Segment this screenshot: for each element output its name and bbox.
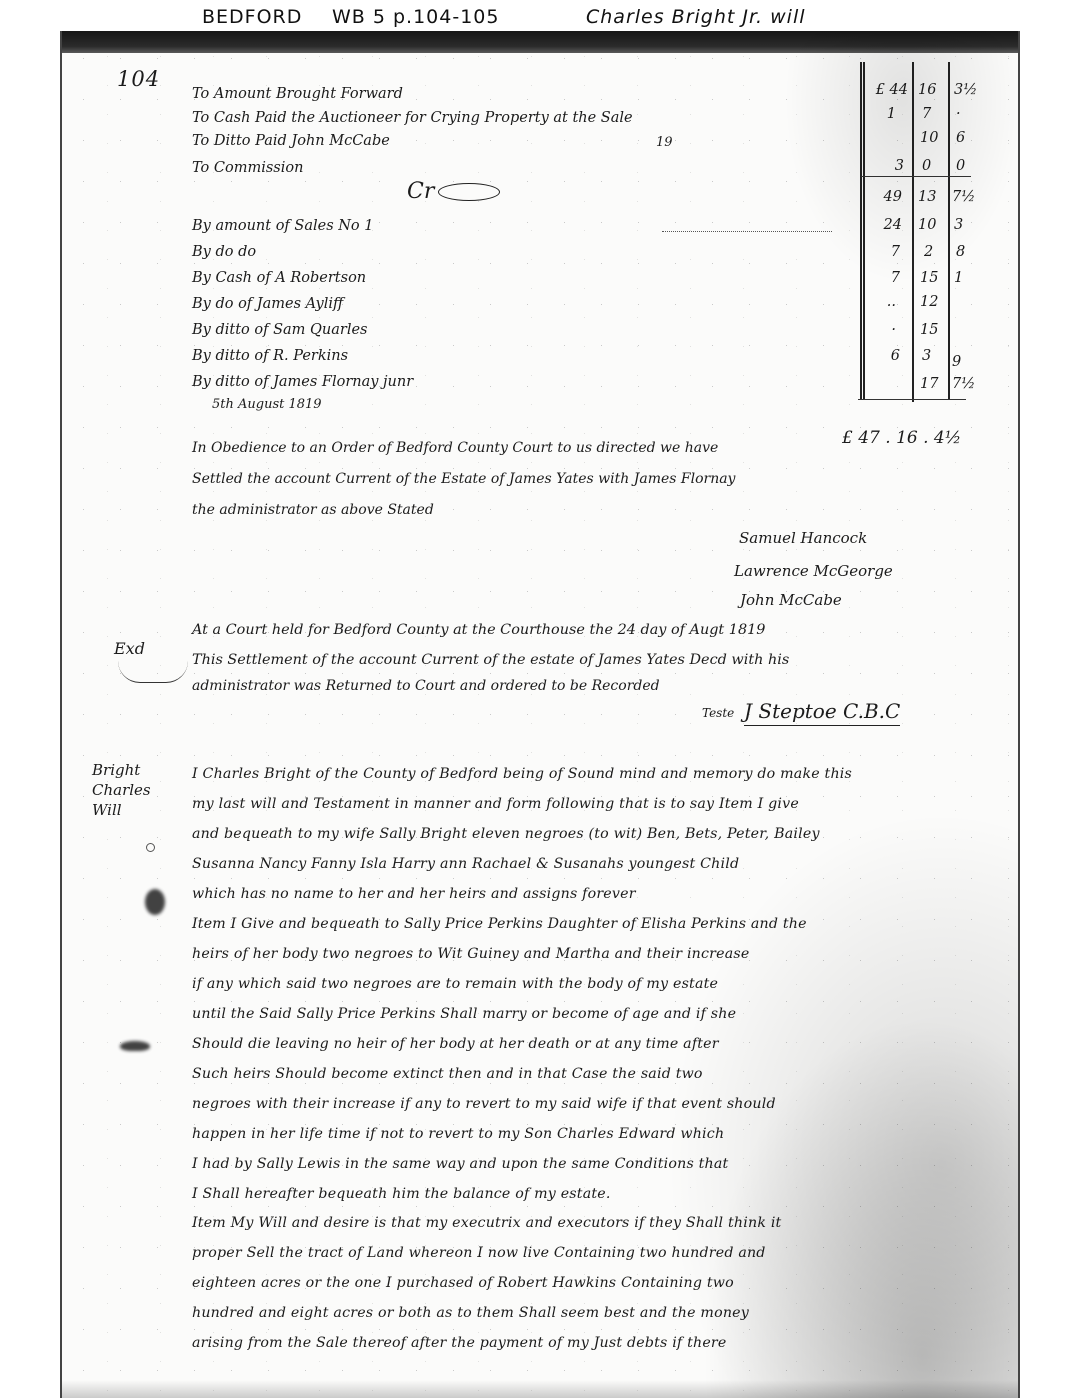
will-line: until the Said Sally Price Perkins Shall… <box>192 1007 736 1021</box>
commissioner-signature: John McCabe <box>740 593 842 608</box>
credit-line: By Cash of A Robertson <box>192 271 366 286</box>
court-record-line: At a Court held for Bedford County at th… <box>192 623 765 637</box>
amount-pence: 7½ <box>952 189 975 205</box>
amount-shillings: 2 <box>924 244 933 260</box>
examined-margin-mark: Exd <box>114 641 145 657</box>
will-line: if any which said two negroes are to rem… <box>192 977 718 991</box>
subtotal-rule <box>861 176 971 177</box>
scan-bottom-edge <box>62 1380 1018 1398</box>
amount-pounds: £ 44 <box>842 82 908 98</box>
amount-shillings: 0 <box>922 158 931 174</box>
debit-line: To Amount Brought Forward <box>192 87 403 102</box>
will-line: Item I Give and bequeath to Sally Price … <box>192 917 807 931</box>
amount-shillings: 7 <box>922 106 931 122</box>
page-number: 104 <box>117 69 160 90</box>
credit-line: By ditto of Sam Quarles <box>192 323 367 338</box>
total-rule <box>858 399 966 400</box>
will-margin-note: Bright <box>92 763 140 778</box>
will-line: my last will and Testament in manner and… <box>192 797 799 811</box>
archive-header-label: BEDFORD WB 5 p.104-105 Charles Bright Jr… <box>0 4 1080 32</box>
amount-pounds: 49 <box>856 189 902 205</box>
will-margin-note: Charles <box>92 783 151 798</box>
amount-pence: 9 <box>952 354 961 370</box>
debit-inline-note: 19 <box>656 136 673 149</box>
amount-pounds: 3 <box>856 158 904 174</box>
ledger-amount-columns: £ 44 16 3½ 1 7 · 10 6 3 0 0 49 13 7½ 24 … <box>856 62 966 428</box>
amount-shillings: 13 <box>918 189 936 205</box>
amount-pence: 0 <box>956 158 965 174</box>
will-margin-note: Will <box>92 803 122 818</box>
column-rule <box>912 62 914 402</box>
amount-pounds: 6 <box>856 348 900 364</box>
ink-blot <box>120 1041 150 1051</box>
amount-pounds: 24 <box>856 217 902 233</box>
commissioner-signature: Lawrence McGeorge <box>734 564 893 579</box>
amount-pounds: 1 <box>856 106 896 122</box>
amount-pence: 8 <box>956 244 965 260</box>
amount-shillings: 3 <box>922 348 931 364</box>
header-county: BEDFORD <box>202 6 302 28</box>
amount-shillings: 12 <box>920 294 938 310</box>
will-line: negroes with their increase if any to re… <box>192 1097 776 1111</box>
will-line: Item My Will and desire is that my execu… <box>192 1216 781 1230</box>
will-line: I had by Sally Lewis in the same way and… <box>192 1157 728 1171</box>
will-line: hundred and eight acres or both as to th… <box>192 1306 749 1320</box>
credit-line: By amount of Sales No 1 <box>192 219 374 234</box>
will-line: Such heirs Should become extinct then an… <box>192 1067 703 1081</box>
debit-line: To Commission <box>192 161 303 176</box>
settlement-line: In Obedience to an Order of Bedford Coun… <box>192 441 718 455</box>
header-book-reference: WB 5 p.104-105 <box>332 6 499 28</box>
amount-pounds: 7 <box>856 244 900 260</box>
ledger-total: £ 47 . 16 . 4½ <box>842 430 961 447</box>
will-line: heirs of her body two negroes to Wit Gui… <box>192 947 749 961</box>
amount-shillings: 10 <box>920 130 938 146</box>
will-line: which has no name to her and her heirs a… <box>192 887 636 901</box>
amount-pence: 7½ <box>952 376 975 392</box>
teste-label: Teste <box>702 707 734 719</box>
amount-pounds: .. <box>856 294 896 310</box>
credit-line: By ditto of R. Perkins <box>192 349 348 364</box>
credit-line: By do of James Ayliff <box>192 297 343 312</box>
amount-pounds: · <box>856 322 896 338</box>
amount-pence: 1 <box>954 270 963 286</box>
margin-flourish <box>118 661 188 683</box>
court-record-line: administrator was Returned to Court and … <box>192 679 660 693</box>
credit-line: By ditto of James Flornay junr <box>192 375 413 390</box>
punch-mark <box>146 843 155 852</box>
amount-shillings: 10 <box>918 217 936 233</box>
amount-pence: 3½ <box>954 82 977 98</box>
amount-shillings: 16 <box>918 82 936 98</box>
amount-shillings: 15 <box>920 322 938 338</box>
amount-pence: · <box>956 106 961 122</box>
header-document-title: Charles Bright Jr. will <box>586 6 806 28</box>
will-line: eighteen acres or the one I purchased of… <box>192 1276 734 1290</box>
will-line: happen in her life time if not to revert… <box>192 1127 724 1141</box>
scanned-page: 104 To Amount Brought Forward To Cash Pa… <box>60 31 1020 1398</box>
scan-top-shadow-band <box>62 31 1018 53</box>
will-line: I Charles Bright of the County of Bedfor… <box>192 767 852 781</box>
clerk-signature: J Steptoe C.B.C <box>744 701 900 726</box>
ink-blot <box>145 889 165 915</box>
credit-line: By do do <box>192 245 256 260</box>
amount-pence: 3 <box>954 217 963 233</box>
column-rule <box>948 62 950 400</box>
court-record-line: This Settlement of the account Current o… <box>192 653 789 667</box>
will-line: and bequeath to my wife Sally Bright ele… <box>192 827 820 841</box>
amount-pence: 6 <box>956 130 965 146</box>
amount-shillings: 15 <box>920 270 938 286</box>
settlement-line: Settled the account Current of the Estat… <box>192 472 735 486</box>
ledger-date: 5th August 1819 <box>212 398 322 411</box>
commissioner-signature: Samuel Hancock <box>739 531 867 546</box>
debit-line: To Ditto Paid John McCabe <box>192 134 390 149</box>
amount-shillings: 17 <box>920 376 938 392</box>
will-line: Should die leaving no heir of her body a… <box>192 1037 719 1051</box>
will-line: Susanna Nancy Fanny Isla Harry ann Racha… <box>192 857 739 871</box>
amount-pounds: 7 <box>856 270 900 286</box>
will-line: arising from the Sale thereof after the … <box>192 1336 727 1350</box>
debit-line: To Cash Paid the Auctioneer for Crying P… <box>192 111 633 126</box>
settlement-line: the administrator as above Stated <box>192 503 434 517</box>
will-line: I Shall hereafter bequeath him the balan… <box>192 1187 611 1201</box>
leader-dots <box>662 231 832 232</box>
credit-heading: Cr <box>407 181 500 203</box>
will-line: proper Sell the tract of Land whereon I … <box>192 1246 766 1260</box>
